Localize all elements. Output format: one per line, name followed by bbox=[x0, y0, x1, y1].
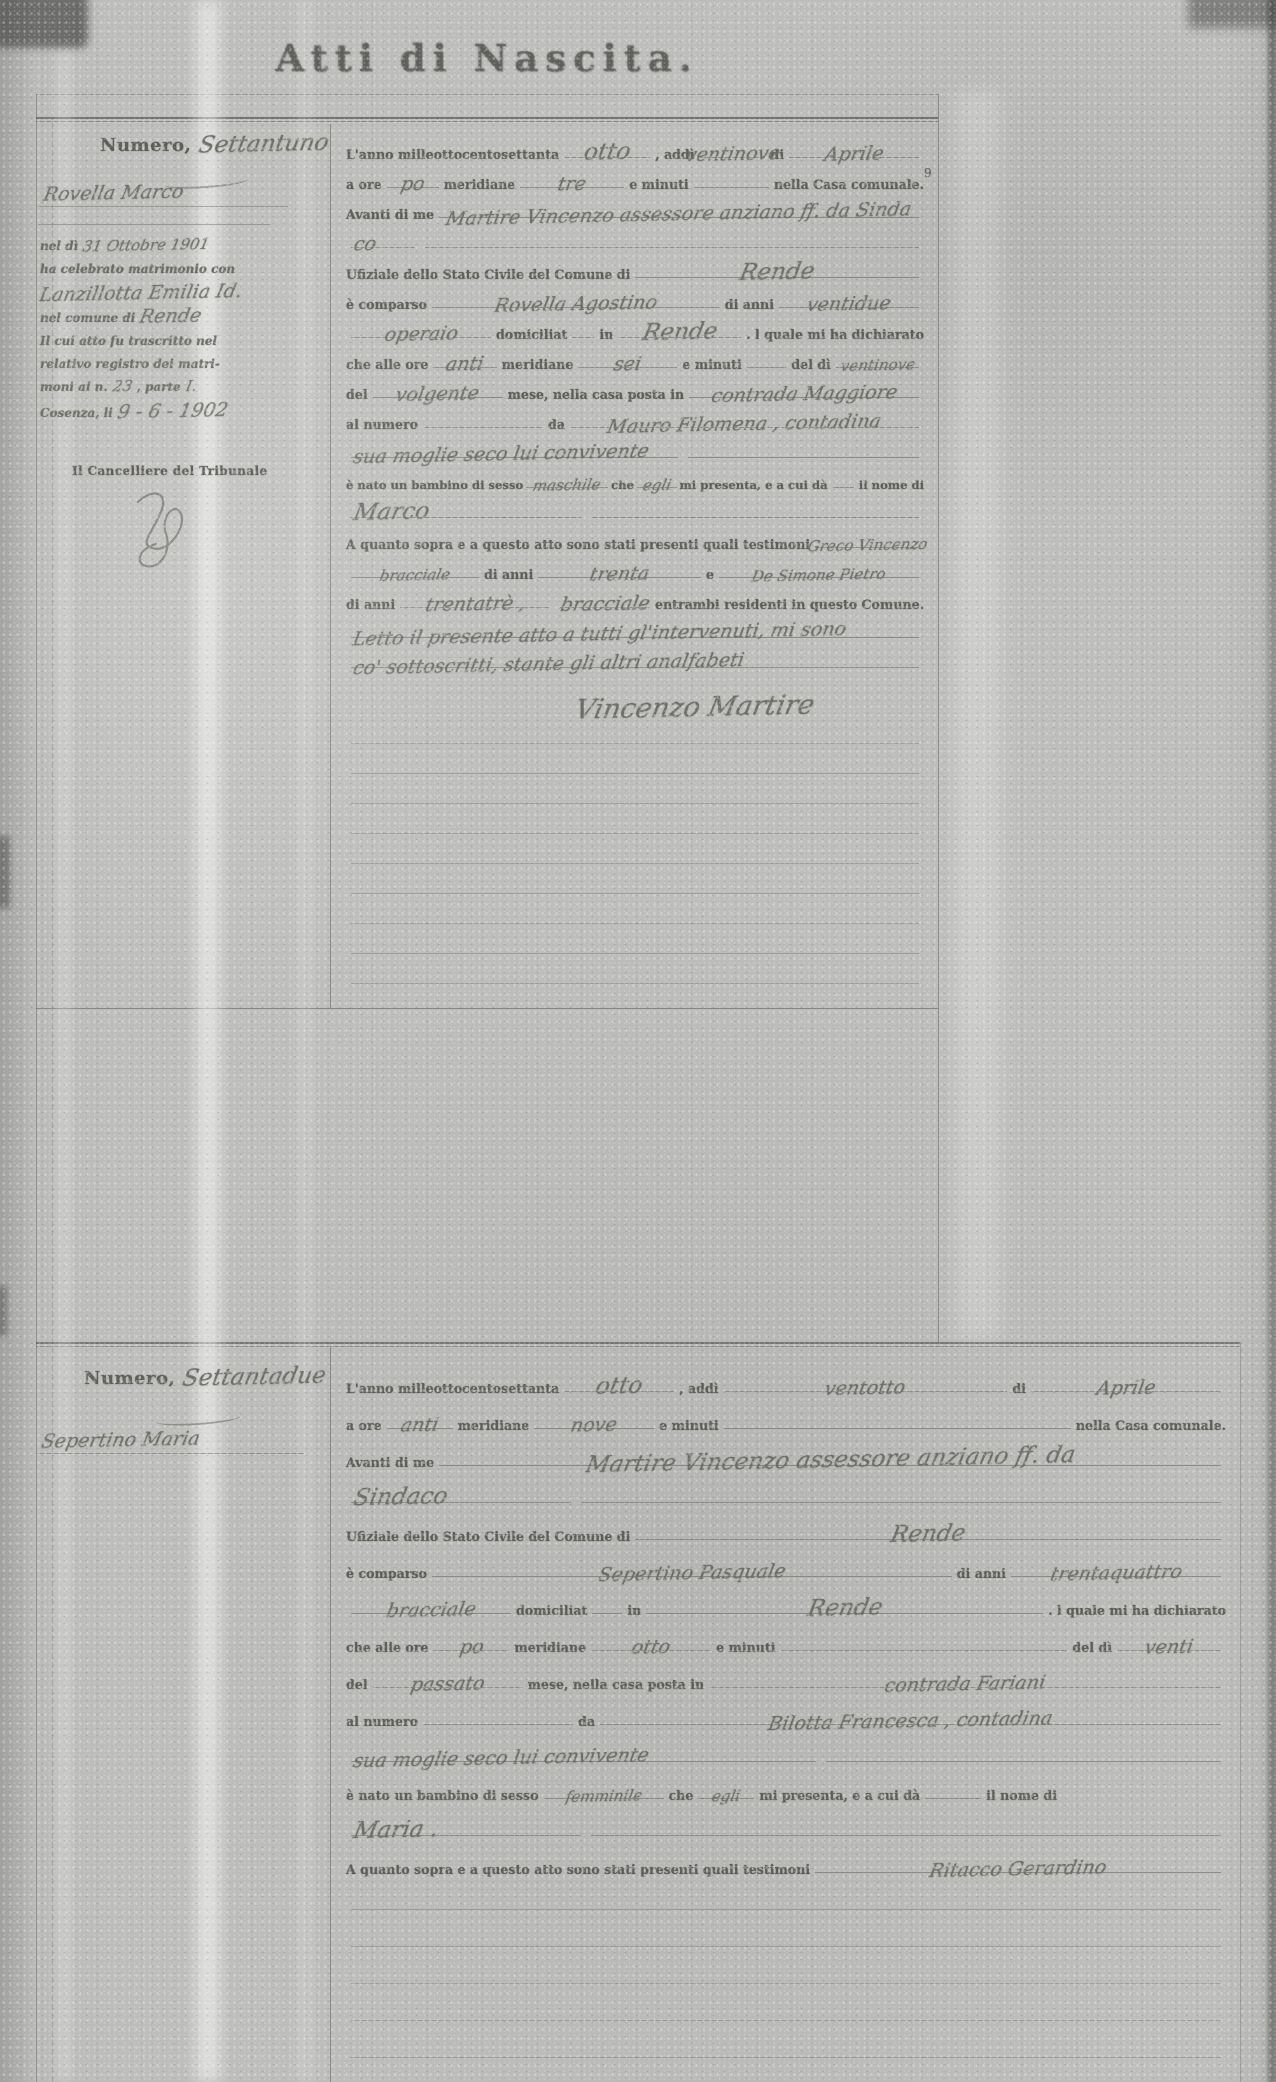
hw-comune-slot: Rende bbox=[635, 1526, 1221, 1540]
hw-birth-ampm: po bbox=[458, 1640, 485, 1655]
label-ufiziale: Ufiziale dello Stato Civile del Comune d… bbox=[346, 268, 630, 282]
hw-birth-hour: sei bbox=[613, 357, 643, 372]
hw-witness1: Ritacco Gerardino bbox=[928, 1860, 1108, 1878]
registered-name-text: Sepertino Maria bbox=[40, 1431, 201, 1449]
registered-name: Sepertino Maria bbox=[36, 1431, 304, 1454]
numero-label: Numero, bbox=[84, 1369, 175, 1390]
hw-hour: tre bbox=[557, 177, 588, 192]
blank-rule bbox=[351, 2057, 1221, 2058]
label-che: che bbox=[611, 479, 634, 492]
blank-rule bbox=[572, 337, 594, 338]
blank-rule bbox=[351, 923, 919, 924]
line-birth-hour: che alle ore po meridiane otto e minuti … bbox=[346, 1618, 1226, 1655]
label-minuti: e minuti bbox=[629, 178, 688, 192]
hw-birth-hour: otto bbox=[631, 1640, 672, 1656]
hw-ampm-slot: anti bbox=[387, 1418, 453, 1429]
hw-mother: Mauro Filomena , contadina bbox=[606, 414, 882, 435]
hw-comune: Rende bbox=[889, 1525, 967, 1544]
hw-domicile-slot: Rende bbox=[618, 324, 741, 338]
blank-rule bbox=[351, 743, 919, 744]
line-child-name: Maria . bbox=[346, 1803, 1226, 1840]
hw-ampm-slot: po bbox=[387, 177, 439, 188]
line-official: Avanti di me Martire Vincenzo assessore … bbox=[346, 192, 924, 222]
hw-profession-slot: operaio bbox=[351, 327, 491, 338]
record-number-value: Settantadue bbox=[181, 1368, 328, 1389]
line-witnesses: A quanto sopra e a questo atto sono stat… bbox=[346, 522, 924, 552]
line-closing1: Letto il presente atto a tutti gl'interv… bbox=[346, 612, 924, 642]
hw-declarant: Rovella Agostino bbox=[493, 295, 658, 313]
line-signature: Vincenzo Martire bbox=[346, 672, 924, 718]
marriage-annotation: nel dì 31 Ottobre 1901 ha celebrato matr… bbox=[40, 240, 322, 429]
scan-smudge bbox=[0, 1286, 7, 1336]
hw-day-slot: ventinove bbox=[700, 147, 766, 158]
blank-rule bbox=[351, 1909, 1221, 1910]
label-minuti: e minuti bbox=[682, 358, 741, 372]
label-casa-comunale: nella Casa comunale. bbox=[774, 178, 924, 192]
label-di-anni: di anni bbox=[957, 1567, 1006, 1581]
scan-edge-shadow bbox=[1268, 0, 1276, 2082]
annotation-date: 9 - 6 - 1902 bbox=[116, 402, 229, 419]
annotation-label: moni al n. bbox=[40, 381, 108, 395]
label-del-di: del dì bbox=[791, 358, 831, 372]
blank-rule bbox=[351, 863, 919, 864]
hw-comune-slot: Rende bbox=[635, 264, 919, 278]
blank-rule bbox=[423, 427, 543, 428]
hw-sex: maschile bbox=[532, 480, 602, 493]
line-mother: al numero da Bilotta Francesca , contadi… bbox=[346, 1692, 1226, 1729]
hw-day-slot: ventotto bbox=[724, 1381, 1008, 1392]
registry-number: 23 bbox=[111, 381, 132, 393]
scanned-birth-register-page: Atti di Nascita. 9 Numero, Settantuno Ro… bbox=[0, 0, 1276, 2082]
signature-flourish bbox=[100, 484, 230, 576]
annotation-label: nel dì bbox=[40, 240, 78, 254]
spouse-name: Lanzillotta Emilia Id. bbox=[38, 283, 243, 302]
hw-day: ventotto bbox=[824, 1380, 907, 1396]
label-di-anni: di anni bbox=[725, 298, 774, 312]
label-meridiane: meridiane bbox=[514, 1641, 586, 1655]
frame-border bbox=[36, 94, 938, 95]
record2-margin-column: Numero, Settantadue Sepertino Maria bbox=[36, 1347, 330, 2082]
blank-line bbox=[346, 958, 924, 988]
hw-year: otto bbox=[582, 144, 632, 163]
record-number-row: Numero, Settantadue bbox=[84, 1369, 326, 1390]
blank-rule bbox=[351, 833, 919, 834]
birth-record-1: Numero, Settantuno Rovella Marco nel dì … bbox=[36, 124, 938, 1008]
hw-profession: operaio bbox=[383, 326, 459, 342]
line-birth-place: del volgente mese, nella casa posta in c… bbox=[346, 372, 924, 402]
blank-rule bbox=[423, 1724, 573, 1725]
label-di-anni: di anni bbox=[484, 568, 533, 582]
line-witness2: bracciale di anni trenta e De Simone Pie… bbox=[346, 552, 924, 582]
hw-official-cont: co bbox=[353, 237, 378, 252]
label-e: e bbox=[706, 568, 714, 582]
blank-rule bbox=[747, 367, 787, 368]
hw-birth-month-slot: passato bbox=[373, 1677, 523, 1688]
hw-house-slot: contrada Maggiore bbox=[689, 387, 919, 398]
blank-rule bbox=[592, 1613, 622, 1614]
hw-birth-month-slot: volgente bbox=[373, 387, 503, 398]
label-avanti: Avanti di me bbox=[346, 1456, 434, 1470]
label-mese-casa: mese, nella casa posta in bbox=[508, 388, 685, 402]
hw-ampm: anti bbox=[399, 1418, 439, 1434]
frame-border bbox=[1240, 1342, 1241, 2082]
hw-official-cont-slot: Sindaco bbox=[351, 1489, 571, 1503]
hw-wife: sua moglie seco lui convivente bbox=[352, 1748, 650, 1769]
hw-witness1-slot: Greco Vincenzo bbox=[815, 540, 919, 548]
line-comune: Ufiziale dello Stato Civile del Comune d… bbox=[346, 1507, 1226, 1544]
hw-egli-slot: egli bbox=[637, 480, 677, 488]
line-sex: è nato un bambino di sesso femminile che… bbox=[346, 1766, 1226, 1803]
hw-age-slot: ventidue bbox=[779, 297, 919, 308]
blank-rule bbox=[591, 1835, 1221, 1836]
hw-hour: nove bbox=[570, 1418, 619, 1434]
annotation-date: 31 Ottobre 1901 bbox=[82, 239, 211, 253]
blank-line bbox=[346, 1988, 1226, 2025]
hw-birth-day-slot: ventinove bbox=[836, 360, 919, 368]
scan-fold-highlight bbox=[955, 90, 1001, 1340]
hw-official-cont: Sindaco bbox=[352, 1488, 449, 1508]
blank-line bbox=[346, 778, 924, 808]
hw-witness2-prof-slot: bracciale bbox=[560, 597, 650, 608]
hw-witness1-prof-slot: bracciale bbox=[351, 570, 479, 578]
hw-child-name: Maria . bbox=[352, 1821, 440, 1841]
hw-month: Aprile bbox=[823, 147, 884, 163]
blank-line bbox=[346, 2025, 1226, 2062]
label-presenta: mi presenta, e a cui dà bbox=[759, 1789, 920, 1803]
annotation-label: nel comune di bbox=[40, 312, 135, 326]
label-che-alle-ore: che alle ore bbox=[346, 1641, 428, 1655]
hw-age: ventidue bbox=[806, 296, 893, 313]
registered-name-text: Rovella Marco bbox=[42, 185, 185, 203]
label-di-anni: di anni bbox=[346, 598, 395, 612]
hw-wife: sua moglie seco lui convivente bbox=[352, 444, 650, 465]
label-anno: L'anno milleottocentosettanta bbox=[346, 148, 559, 162]
label-comparso: è comparso bbox=[346, 1567, 427, 1581]
frame-border bbox=[938, 94, 939, 1342]
official-signature: Vincenzo Martire bbox=[574, 694, 817, 720]
blank-rule bbox=[351, 893, 919, 894]
hw-birth-day-slot: venti bbox=[1117, 1640, 1221, 1651]
numero-label: Numero, bbox=[100, 136, 191, 157]
label-del-di: del dì bbox=[1072, 1641, 1112, 1655]
line-official-cont: co bbox=[346, 222, 924, 252]
blank-line bbox=[346, 748, 924, 778]
hw-birth-ampm-slot: anti bbox=[433, 357, 496, 368]
line-mother: al numero da Mauro Filomena , contadina bbox=[346, 402, 924, 432]
annotation-label: Cosenza, li bbox=[40, 407, 113, 421]
label-da: da bbox=[548, 418, 565, 432]
label-al-numero: al numero bbox=[346, 418, 418, 432]
record1-margin-column: Numero, Settantuno Rovella Marco nel dì … bbox=[36, 124, 330, 1008]
label-avanti: Avanti di me bbox=[346, 208, 434, 222]
hw-domicile: Rende bbox=[806, 1599, 884, 1618]
hw-birth-hour-slot: sei bbox=[578, 357, 677, 368]
court-clerk-stamp: Il Cancelliere del Tribunale bbox=[72, 464, 268, 478]
registered-name: Rovella Marco bbox=[38, 184, 288, 207]
pen-flourish bbox=[156, 1410, 241, 1428]
blank-line bbox=[346, 1951, 1226, 1988]
blank-rule bbox=[833, 487, 854, 488]
hw-mother-slot: Mauro Filomena , contadina bbox=[570, 417, 919, 428]
hw-egli: egli bbox=[711, 1791, 741, 1803]
hw-witness2-slot: De Simone Pietro bbox=[719, 570, 919, 578]
hw-house: contrada Fariani bbox=[883, 1676, 1046, 1694]
line-witnesses: A quanto sopra e a questo atto sono stat… bbox=[346, 1840, 1226, 1877]
line-date: L'anno milleottocentosettanta otto , add… bbox=[346, 132, 924, 162]
blank-rule bbox=[781, 1650, 1068, 1651]
label-ufiziale: Ufiziale dello Stato Civile del Comune d… bbox=[346, 1530, 630, 1544]
hw-hour-slot: tre bbox=[520, 177, 624, 188]
hw-profession: bracciale bbox=[385, 1602, 477, 1619]
line-official-cont: Sindaco bbox=[346, 1470, 1226, 1507]
hw-child-name-slot: Maria . bbox=[351, 1822, 581, 1836]
registry-part: I. bbox=[185, 381, 198, 393]
blank-line bbox=[346, 1914, 1226, 1951]
blank-rule bbox=[38, 224, 270, 225]
hw-wife-slot: sua moglie seco lui convivente bbox=[351, 1751, 816, 1762]
annotation-label: , parte bbox=[137, 381, 181, 395]
scan-smudge bbox=[0, 836, 10, 908]
label-che-alle-ore: che alle ore bbox=[346, 358, 428, 372]
hw-profession-slot: bracciale bbox=[351, 1603, 511, 1614]
label-anno: L'anno milleottocentosettanta bbox=[346, 1382, 559, 1396]
label-comparso: è comparso bbox=[346, 298, 427, 312]
blank-rule bbox=[351, 2020, 1221, 2021]
hw-birth-day: venti bbox=[1144, 1640, 1195, 1656]
hw-declarant: Sepertino Pasquale bbox=[597, 1564, 787, 1583]
line-declarant: è comparso Rovella Agostino di anni vent… bbox=[346, 282, 924, 312]
label-il-nome-di: il nome di bbox=[859, 479, 924, 492]
label-minuti: e minuti bbox=[716, 1641, 775, 1655]
hw-sex-slot: femminile bbox=[544, 1791, 664, 1799]
hw-age-slot: trentaquattro bbox=[1011, 1566, 1221, 1577]
label-il-nome-di: il nome di bbox=[986, 1789, 1057, 1803]
blank-rule bbox=[694, 187, 769, 188]
hw-closing1-slot: Letto il presente atto a tutti gl'interv… bbox=[351, 627, 919, 638]
line-profession: operaio domiciliat in Rende . l quale mi… bbox=[346, 312, 924, 342]
line-official: Avanti di me Martire Vincenzo assessore … bbox=[346, 1433, 1226, 1470]
blank-rule bbox=[724, 1428, 1071, 1429]
line-sex: è nato un bambino di sesso maschile che … bbox=[346, 462, 924, 492]
hw-witness1-age-slot: trenta bbox=[538, 567, 701, 578]
hw-year: otto bbox=[594, 1378, 644, 1397]
hw-comune: Rende bbox=[738, 263, 816, 282]
label-domiciliat: domiciliat bbox=[496, 328, 567, 342]
line-birth-place: del passato mese, nella casa posta in co… bbox=[346, 1655, 1226, 1692]
hw-closing2-slot: co' sottoscritti, stante gli altri analf… bbox=[351, 657, 670, 668]
label-in: in bbox=[627, 1604, 641, 1618]
record-divider-rule bbox=[36, 1008, 938, 1009]
label-mese-casa: mese, nella casa posta in bbox=[528, 1678, 705, 1692]
blank-line bbox=[346, 808, 924, 838]
hw-witness1: Greco Vincenzo bbox=[806, 539, 928, 553]
blank-rule bbox=[425, 247, 919, 248]
blank-rule bbox=[351, 983, 919, 984]
hw-witness1-age: trenta bbox=[588, 567, 650, 583]
blank-line bbox=[346, 898, 924, 928]
blank-line bbox=[346, 838, 924, 868]
hw-witness2-prof: bracciale bbox=[559, 596, 651, 613]
hw-birth-ampm-slot: po bbox=[433, 1640, 509, 1651]
hw-egli: egli bbox=[642, 480, 672, 492]
annotation-label: relativo registro dei matri- bbox=[40, 358, 220, 372]
record-number-value: Settantuno bbox=[197, 135, 330, 156]
hw-domicile: Rende bbox=[641, 323, 719, 342]
blank-rule bbox=[688, 457, 919, 458]
hw-birth-month: volgente bbox=[395, 386, 481, 403]
hw-witness1-prof: bracciale bbox=[379, 570, 451, 583]
hw-birth-day: ventinove bbox=[839, 360, 915, 373]
blank-rule bbox=[351, 1983, 1221, 1984]
blank-rule bbox=[925, 1798, 981, 1799]
label-a-ore: a ore bbox=[346, 178, 382, 192]
hw-sex-slot: maschile bbox=[526, 480, 608, 488]
label-del: del bbox=[346, 388, 368, 402]
blank-rule bbox=[351, 803, 919, 804]
clerk-signature bbox=[100, 484, 230, 580]
line-hour: a ore po meridiane tre e minuti nella Ca… bbox=[346, 162, 924, 192]
label-entrambi: entrambi residenti in questo Comune. bbox=[655, 598, 924, 612]
blank-line bbox=[346, 1877, 1226, 1914]
label-addi: , addì bbox=[679, 1382, 718, 1396]
line-hour: a ore anti meridiane nove e minuti nella… bbox=[346, 1396, 1226, 1433]
label-a-ore: a ore bbox=[346, 1419, 382, 1433]
blank-line bbox=[346, 928, 924, 958]
blank-rule bbox=[581, 1502, 1221, 1503]
hw-sex: femminile bbox=[564, 1791, 642, 1804]
label-testimoni: A quanto sopra e a questo atto sono stat… bbox=[346, 538, 810, 552]
record-number-row: Numero, Settantuno bbox=[100, 136, 328, 157]
hw-child-name: Marco bbox=[352, 503, 431, 523]
scan-smudge bbox=[1188, 0, 1276, 28]
hw-mother: Bilotta Francesca , contadina bbox=[767, 1711, 1054, 1732]
label-meridiane: meridiane bbox=[458, 1419, 530, 1433]
hw-witness2-age-slot: trentatrè , bbox=[400, 597, 550, 608]
hw-year-slot: otto bbox=[564, 1378, 674, 1392]
blank-rule bbox=[826, 1761, 1221, 1762]
page-title: Atti di Nascita. bbox=[36, 36, 938, 80]
hw-egli-slot: egli bbox=[698, 1791, 754, 1799]
birth-record-2: Numero, Settantadue Sepertino Maria L'an… bbox=[36, 1347, 1240, 2082]
hw-child-name-slot: Marco bbox=[351, 504, 581, 518]
line-comune: Ufiziale dello Stato Civile del Comune d… bbox=[346, 252, 924, 282]
line-profession: bracciale domiciliat in Rende . l quale … bbox=[346, 1581, 1226, 1618]
hw-age: trentaquattro bbox=[1049, 1565, 1183, 1583]
annotation-comune: Rende bbox=[139, 309, 203, 325]
hw-official-slot: Martire Vincenzo assessore anziano ff. d… bbox=[439, 1452, 1221, 1466]
hw-declarant-slot: Rovella Agostino bbox=[432, 297, 720, 308]
label-da: da bbox=[578, 1715, 595, 1729]
label-meridiane: meridiane bbox=[502, 358, 574, 372]
hw-day: ventinove bbox=[684, 146, 781, 163]
line-date: L'anno milleottocentosettanta otto , add… bbox=[346, 1359, 1226, 1396]
hw-wife-slot: sua moglie seco lui convivente bbox=[351, 447, 678, 458]
annotation-label: ha celebrato matrimonio con bbox=[40, 263, 235, 277]
hw-birth-month: passato bbox=[409, 1676, 486, 1692]
hw-birth-hour-slot: otto bbox=[591, 1640, 711, 1651]
hw-ampm: po bbox=[399, 177, 426, 192]
label-di: di bbox=[1012, 1382, 1026, 1396]
hw-official-cont-slot: co bbox=[351, 237, 415, 248]
hw-witness2-age: trentatrè , bbox=[424, 596, 526, 613]
label-quale: . l quale mi ha dichiarato bbox=[1048, 1604, 1226, 1618]
line-witness2-age: di anni trentatrè , bracciale entrambi r… bbox=[346, 582, 924, 612]
line-child-name: Marco bbox=[346, 492, 924, 522]
hw-birth-ampm: anti bbox=[445, 357, 485, 373]
hw-official-slot: Martire Vincenzo assessore anziano ff. d… bbox=[439, 207, 919, 218]
label-testimoni: A quanto sopra e a questo atto sono stat… bbox=[346, 1863, 810, 1877]
hw-house: contrada Maggiore bbox=[710, 385, 898, 404]
label-presenta: mi presenta, e a cui dà bbox=[680, 479, 828, 492]
hw-domicile-slot: Rende bbox=[646, 1600, 1043, 1614]
label-casa-comunale: nella Casa comunale. bbox=[1076, 1419, 1226, 1433]
blank-line bbox=[346, 868, 924, 898]
label-minuti: e minuti bbox=[659, 1419, 718, 1433]
label-del: del bbox=[346, 1678, 368, 1692]
label-quale: . l quale mi ha dichiarato bbox=[746, 328, 924, 342]
record1-form-column: L'anno milleottocentosettanta otto , add… bbox=[330, 124, 938, 1008]
hw-hour-slot: nove bbox=[534, 1418, 654, 1429]
hw-year-slot: otto bbox=[564, 144, 650, 158]
hw-witness1-slot: Ritacco Gerardino bbox=[815, 1862, 1221, 1873]
label-in: in bbox=[599, 328, 613, 342]
hw-mother-slot: Bilotta Francesca , contadina bbox=[600, 1714, 1221, 1725]
record1-top-rule bbox=[36, 117, 938, 122]
label-domiciliat: domiciliat bbox=[516, 1604, 587, 1618]
hw-month: Aprile bbox=[1095, 1381, 1156, 1397]
label-meridiane: meridiane bbox=[444, 178, 516, 192]
hw-house-slot: contrada Fariani bbox=[709, 1677, 1221, 1688]
label-nato: è nato un bambino di sesso bbox=[346, 1789, 539, 1803]
blank-rule bbox=[351, 953, 919, 954]
record2-form-column: L'anno milleottocentosettanta otto , add… bbox=[330, 1347, 1240, 2082]
label-nato: è nato un bambino di sesso bbox=[346, 479, 523, 492]
blank-rule bbox=[591, 517, 919, 518]
hw-witness2: De Simone Pietro bbox=[751, 569, 887, 583]
blank-rule bbox=[351, 1946, 1221, 1947]
annotation-label: Il cui atto fu trascritto nel bbox=[40, 335, 217, 349]
hw-month-slot: Aprile bbox=[789, 147, 919, 158]
line-declarant: è comparso Sepertino Pasquale di anni tr… bbox=[346, 1544, 1226, 1581]
label-al-numero: al numero bbox=[346, 1715, 418, 1729]
line-birth-hour: che alle ore anti meridiane sei e minuti… bbox=[346, 342, 924, 372]
hw-declarant-slot: Sepertino Pasquale bbox=[432, 1566, 952, 1577]
hw-month-slot: Aprile bbox=[1031, 1381, 1221, 1392]
label-che: che bbox=[669, 1789, 694, 1803]
blank-rule bbox=[351, 773, 919, 774]
